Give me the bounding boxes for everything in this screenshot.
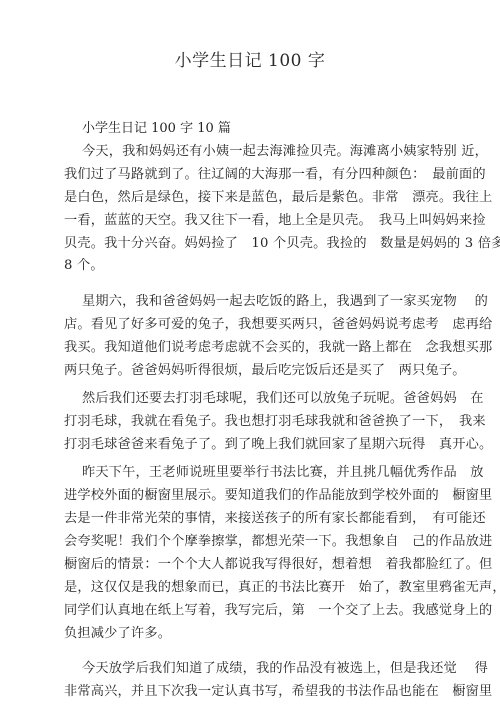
paragraph-1-line-3: 是白色，然后是绿色，接下来是蓝色，最后是紫色。非常 漂亮。我往上 xyxy=(64,189,444,207)
paragraph-2-line-4: 两只兔子。爸爸妈妈听得很烦，最后吃完饭后还是买了 两只兔子。 xyxy=(64,362,444,380)
paragraph-1-line-2: 我们过了马路就到了。往辽阔的大海那一看，有分四种颜色： 最前面的 xyxy=(64,166,444,184)
paragraph-3-line-1: 然后我们还要去打羽毛球呢，我们还可以放兔子玩呢。爸爸妈妈 在 xyxy=(82,390,444,408)
paragraph-4-line-7: 同学们认真地在纸上写着，我写完后，第 一个交了上去。我感觉身上的 xyxy=(64,602,444,620)
document-page: 小学生日记 100 字 小学生日记 100 字 10 篇 今天，我和妈妈还有小姨… xyxy=(0,0,500,707)
paragraph-2-line-1: 星期六，我和爸爸妈妈一起去吃饭的路上，我遇到了一家买宠物 的 xyxy=(82,293,444,311)
paragraph-3-line-3: 打羽毛球爸爸来看兔子了。到了晚上我们就回家了星期六玩得 真开心。 xyxy=(64,436,444,454)
paragraph-1-line-5: 贝壳。我十分兴奋。妈妈捡了 10 个贝壳。我捡的 数量是妈妈的 3 倍多 xyxy=(64,235,444,253)
paragraph-3-line-2: 打羽毛球，我就在看兔子。我也想打羽毛球我就和爸爸换了一下， 我来 xyxy=(64,413,444,431)
paragraph-2-line-3: 我买。我知道他们说考虑考虑就不会买的，我就一路上都在 念我想买那 xyxy=(64,339,444,357)
document-title: 小学生日记 100 字 xyxy=(0,46,500,71)
paragraph-1-line-6: 8 个。 xyxy=(64,257,444,275)
paragraph-4-line-8: 负担减少了许多。 xyxy=(64,625,444,643)
paragraph-4-line-3: 去是一件非常光荣的事情，来接送孩子的所有家长都能看到， 有可能还 xyxy=(64,510,444,528)
paragraph-5-line-2: 非常高兴，并且下次我一定认真书写，希望我的书法作品也能在 橱窗里 xyxy=(64,683,444,701)
paragraph-5-line-1: 今天放学后我们知道了成绩，我的作品没有被选上，但是我还觉 得 xyxy=(82,660,444,678)
paragraph-4-line-6: 是，这仅仅是我的想象而已，真正的书法比赛开 始了，教室里鸦雀无声， xyxy=(64,579,444,597)
document-subtitle: 小学生日记 100 字 10 篇 xyxy=(82,117,231,136)
paragraph-4-line-5: 橱窗后的情景：一个个大人都说我写得很好，想着想 着我都脸红了。但 xyxy=(64,556,444,574)
paragraph-1-line-1: 今天，我和妈妈还有小姨一起去海滩捡贝壳。海滩离小姨家特别 近， xyxy=(82,143,444,161)
paragraph-2-line-2: 店。看见了好多可爱的兔子，我想要买两只，爸爸妈妈说考虑考 虑再给 xyxy=(64,316,444,334)
paragraph-4-line-4: 会夸奖呢！我们个个摩拳擦掌，都想光荣一下。我想象自 己的作品放进 xyxy=(64,533,444,551)
paragraph-4-line-2: 进学校外面的橱窗里展示。要知道我们的作品能放到学校外面的 橱窗里 xyxy=(64,487,444,505)
paragraph-1-line-4: 一看，蓝蓝的天空。我又往下一看，地上全是贝壳。 我马上叫妈妈来捡 xyxy=(64,212,444,230)
paragraph-4-line-1: 昨天下午，王老师说班里要举行书法比赛，并且挑几幅优秀作品 放 xyxy=(82,464,444,482)
